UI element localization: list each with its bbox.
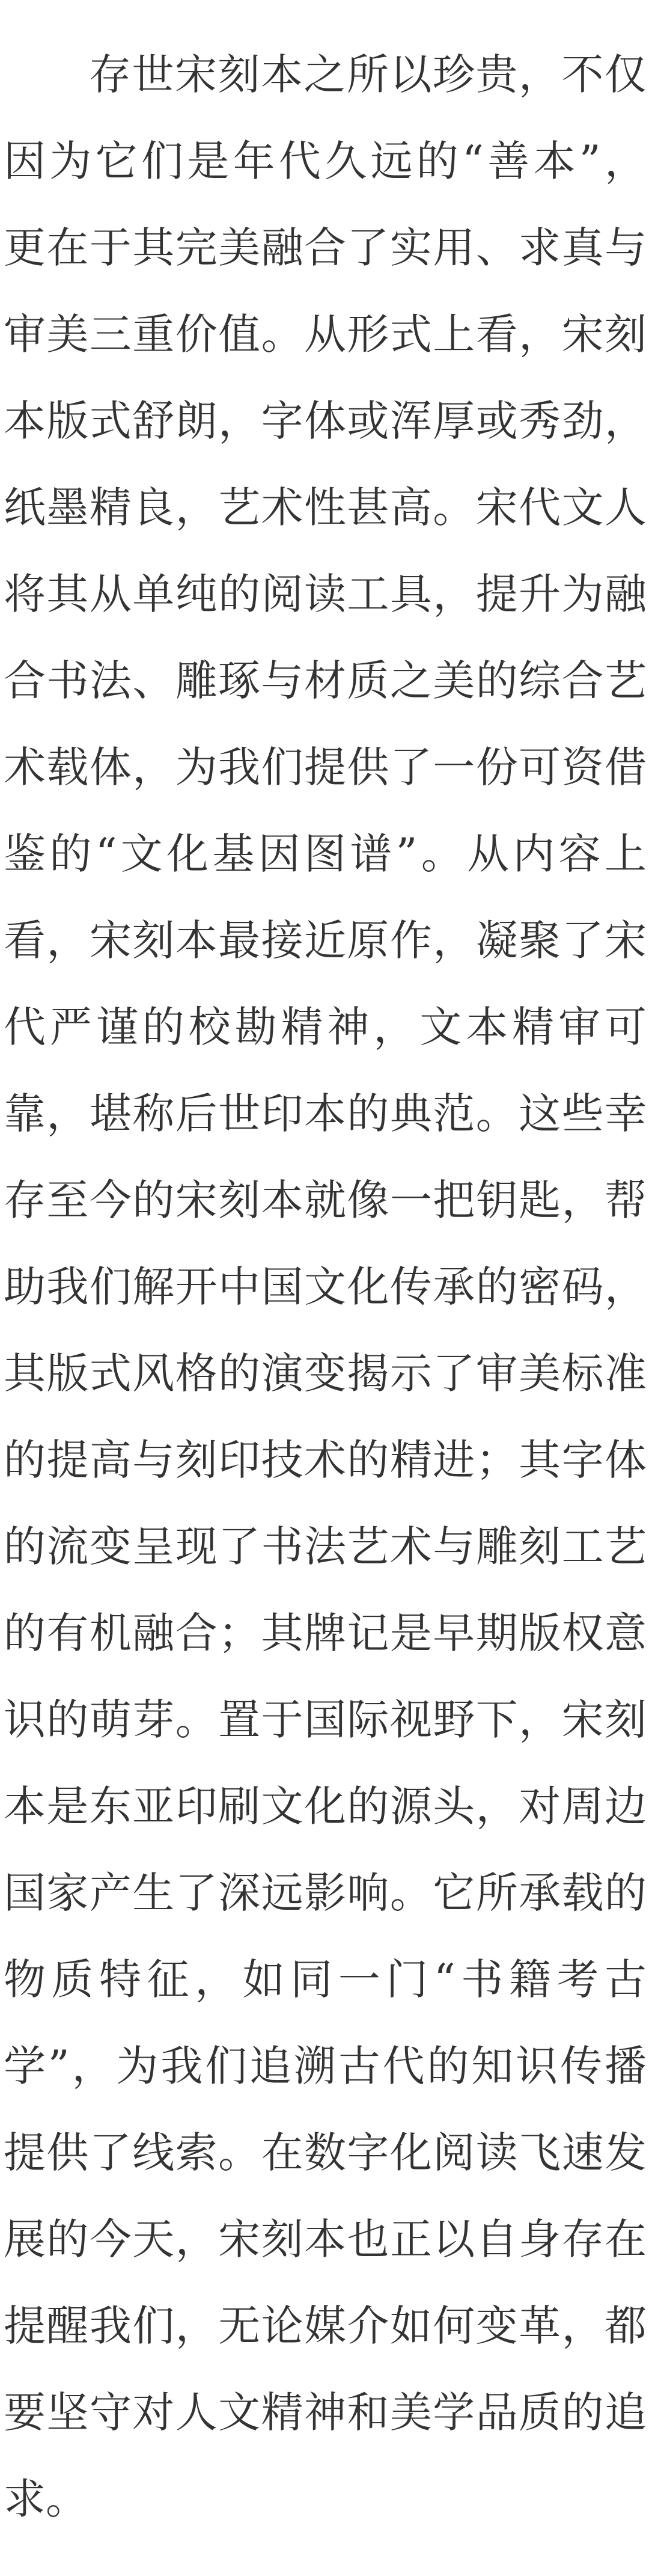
text-line: 合书法、雕琢与材质之美的综合艺 [4,637,647,724]
text-line: 的有机融合；其牌记是早期版权意 [4,1590,647,1676]
text-line: 存至今的宋刻本就像一把钥匙，帮 [4,1157,647,1244]
text-line: 本版式舒朗，字体或浑厚或秀劲， [4,378,647,464]
text-line: 靠，堪称后世印本的典范。这些幸 [4,1070,647,1157]
text-line: 助我们解开中国文化传承的密码， [4,1244,647,1330]
text-line: 识的萌芽。置于国际视野下，宋刻 [4,1676,647,1763]
article-paragraph: 存世宋刻本之所以珍贵，不仅 因为它们是年代久远的“善本”， 更在于其完美融合了实… [4,31,647,2542]
text-line: 展的今天，宋刻本也正以自身存在 [4,2196,647,2283]
text-line: 要坚守对人文精神和美学品质的追 [4,2369,647,2456]
text-line: 将其从单纯的阅读工具，提升为融 [4,551,647,637]
text-line: 其版式风格的演变揭示了审美标准 [4,1330,647,1417]
text-line: 物质特征，如同一门“书籍考古 [4,1936,647,2023]
text-line: 纸墨精良，艺术性甚高。宋代文人 [4,464,647,551]
text-line: 术载体，为我们提供了一份可资借 [4,724,647,811]
text-line: 代严谨的校勘精神，文本精审可 [4,984,647,1070]
text-line: 的提高与刻印技术的精进；其字体 [4,1417,647,1503]
text-line: 本是东亚印刷文化的源头，对周边 [4,1763,647,1850]
text-line: 鉴的“文化基因图谱”。从内容上 [4,811,647,897]
text-line: 审美三重价值。从形式上看，宋刻 [4,291,647,378]
text-line: 求。 [4,2456,647,2542]
text-line: 看，宋刻本最接近原作，凝聚了宋 [4,897,647,984]
text-line: 存世宋刻本之所以珍贵，不仅 [4,31,647,118]
text-line: 因为它们是年代久远的“善本”， [4,118,647,204]
text-line: 提供了线索。在数字化阅读飞速发 [4,2109,647,2196]
text-line: 学”，为我们追溯古代的知识传播 [4,2023,647,2109]
text-line: 国家产生了深远影响。它所承载的 [4,1850,647,1936]
text-line: 的流变呈现了书法艺术与雕刻工艺 [4,1503,647,1590]
text-line: 更在于其完美融合了实用、求真与 [4,204,647,291]
text-line: 提醒我们，无论媒介如何变革，都 [4,2283,647,2369]
